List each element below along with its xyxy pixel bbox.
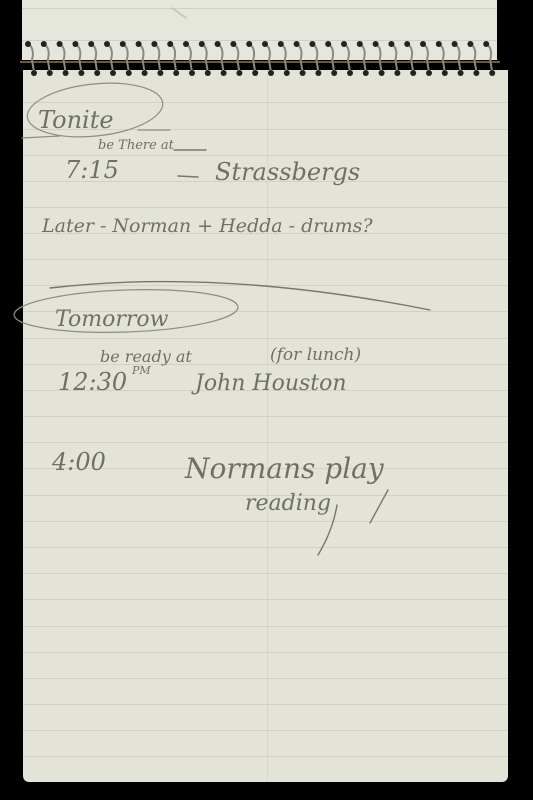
spiral-binding [20, 40, 500, 80]
rule-line [23, 416, 508, 417]
rule-line [23, 155, 508, 156]
rule-line [23, 181, 508, 182]
rule-line [23, 102, 508, 103]
rule-line [23, 547, 508, 548]
spiral-coils [25, 41, 495, 76]
rule-line [23, 259, 508, 260]
rule-line [23, 468, 508, 469]
rule-line [23, 233, 508, 234]
rule-line [23, 495, 508, 496]
rule-line [23, 756, 508, 757]
rule-line [23, 442, 508, 443]
rule-line [23, 704, 508, 705]
rule-line [23, 678, 508, 679]
rule-line [23, 599, 508, 600]
rule-line [23, 338, 508, 339]
rule-line [23, 730, 508, 731]
rule-line [22, 8, 497, 9]
rule-line [23, 311, 508, 312]
notebook-page [23, 70, 508, 782]
rule-line [23, 652, 508, 653]
center-fold [267, 70, 268, 782]
rule-line [23, 521, 508, 522]
rule-line [23, 364, 508, 365]
rule-line [23, 285, 508, 286]
rule-line [23, 573, 508, 574]
rule-line [23, 390, 508, 391]
rule-line [23, 129, 508, 130]
rule-line [23, 207, 508, 208]
rule-line [23, 626, 508, 627]
